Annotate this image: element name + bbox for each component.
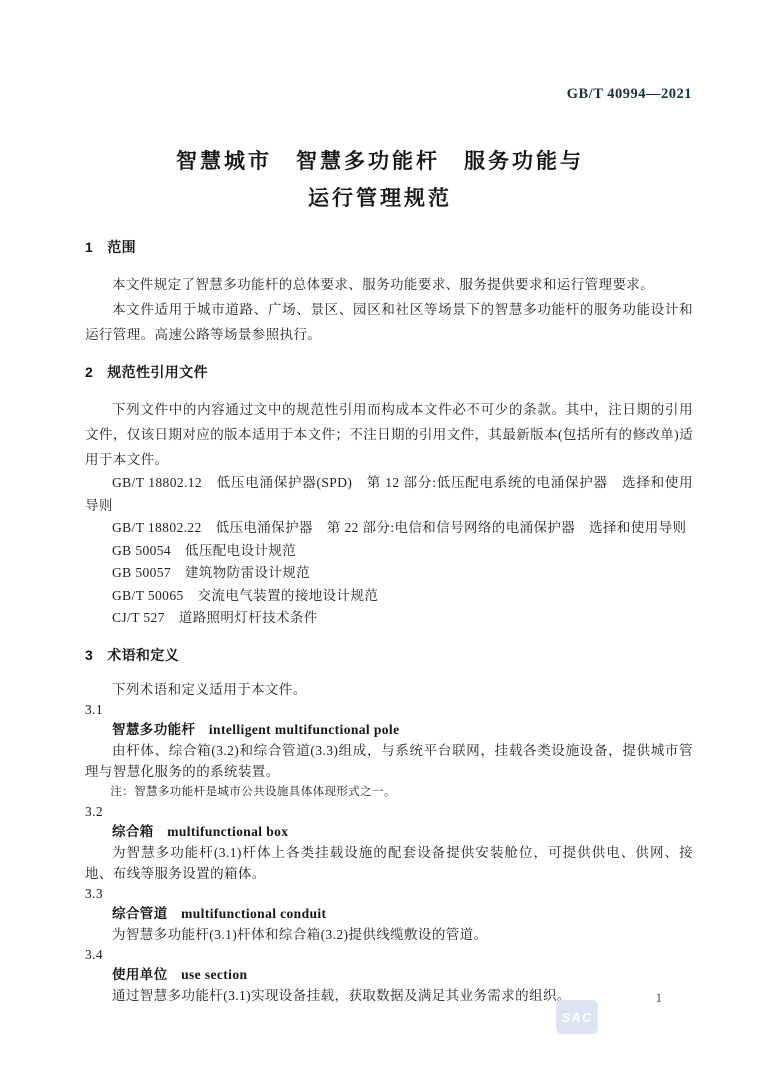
term-number: 3.4 [85,945,693,965]
document-page: GB/T 40994—2021 智慧城市 智慧多功能杆 服务功能与 运行管理规范… [0,0,760,1068]
reference-item: GB/T 50065 交流电气装置的接地设计规范 [85,585,693,608]
term-name-zh: 智慧多功能杆 [112,722,195,737]
page-number: 1 [656,991,662,1006]
term-entry: 3.1 智慧多功能杆intelligent multifunctional po… [85,700,693,802]
term-note: 注：智慧多功能杆是城市公共设施具体体现形式之一。 [85,784,693,802]
term-entry: 3.2 综合箱multifunctional box 为智慧多功能杆(3.1)杆… [85,802,693,884]
sac-logo: SAC [556,1000,598,1034]
section-title: 规范性引用文件 [107,364,208,380]
term-name-zh: 使用单位 [112,967,168,982]
section-number: 2 [85,364,93,380]
references-list: GB/T 18802.12 低压电涌保护器(SPD) 第 12 部分:低压配电系… [85,472,693,630]
terms-list: 3.1 智慧多功能杆intelligent multifunctional po… [85,700,693,1007]
reference-item: GB 50054 低压配电设计规范 [85,540,693,563]
document-body: 1范围 本文件规定了智慧多功能杆的总体要求、服务功能要求、服务提供要求和运行管理… [85,236,693,1006]
section-heading-scope: 1范围 [85,236,693,258]
reference-item: GB/T 18802.12 低压电涌保护器(SPD) 第 12 部分:低压配电系… [85,472,693,517]
term-entry: 3.3 综合管道multifunctional conduit 为智慧多功能杆(… [85,884,693,945]
term-name-en: use section [181,967,247,982]
term-name-en: intelligent multifunctional pole [209,722,400,737]
term-definition: 为智慧多功能杆(3.1)杆体上各类挂载设施的配套设备提供安装舱位，可提供供电、供… [85,842,693,884]
section-heading-terms: 3术语和定义 [85,644,693,666]
document-title: 智慧城市 智慧多功能杆 服务功能与 运行管理规范 [0,143,760,217]
document-title-line1: 智慧城市 智慧多功能杆 服务功能与 [0,143,760,180]
term-name-en: multifunctional box [167,824,288,839]
term-definition: 为智慧多功能杆(3.1)杆体和综合箱(3.2)提供线缆敷设的管道。 [85,924,693,945]
term-number: 3.2 [85,802,693,822]
term-definition: 由杆体、综合箱(3.2)和综合管道(3.3)组成，与系统平台联网，挂载各类设施设… [85,740,693,782]
reference-item: CJ/T 527 道路照明灯杆技术条件 [85,607,693,630]
reference-item: GB/T 18802.22 低压电涌保护器 第 22 部分:电信和信号网络的电涌… [85,517,693,540]
term-number: 3.1 [85,700,693,720]
references-intro: 下列文件中的内容通过文中的规范性引用而构成本文件必不可少的条款。其中，注日期的引… [85,397,693,472]
term-heading: 智慧多功能杆intelligent multifunctional pole [85,720,693,740]
term-heading: 使用单位use section [85,965,693,985]
term-number: 3.3 [85,884,693,904]
reference-item: GB 50057 建筑物防雷设计规范 [85,562,693,585]
section-heading-references: 2规范性引用文件 [85,361,693,383]
document-title-line2: 运行管理规范 [0,180,760,217]
term-heading: 综合箱multifunctional box [85,822,693,842]
section-title: 术语和定义 [107,647,179,663]
term-heading: 综合管道multifunctional conduit [85,904,693,924]
standard-code: GB/T 40994—2021 [567,86,692,103]
term-entry: 3.4 使用单位use section 通过智慧多功能杆(3.1)实现设备挂载，… [85,945,693,1006]
term-definition: 通过智慧多功能杆(3.1)实现设备挂载，获取数据及满足其业务需求的组织。 [85,985,693,1006]
terms-intro: 下列术语和定义适用于本文件。 [85,679,693,700]
scope-paragraph: 本文件适用于城市道路、广场、景区、园区和社区等场景下的智慧多功能杆的服务功能设计… [85,297,693,347]
section-title: 范围 [107,239,136,255]
term-name-zh: 综合箱 [112,824,154,839]
term-name-en: multifunctional conduit [181,906,326,921]
section-number: 3 [85,647,93,663]
section-number: 1 [85,239,93,255]
scope-paragraph: 本文件规定了智慧多功能杆的总体要求、服务功能要求、服务提供要求和运行管理要求。 [85,272,693,297]
term-name-zh: 综合管道 [112,906,168,921]
